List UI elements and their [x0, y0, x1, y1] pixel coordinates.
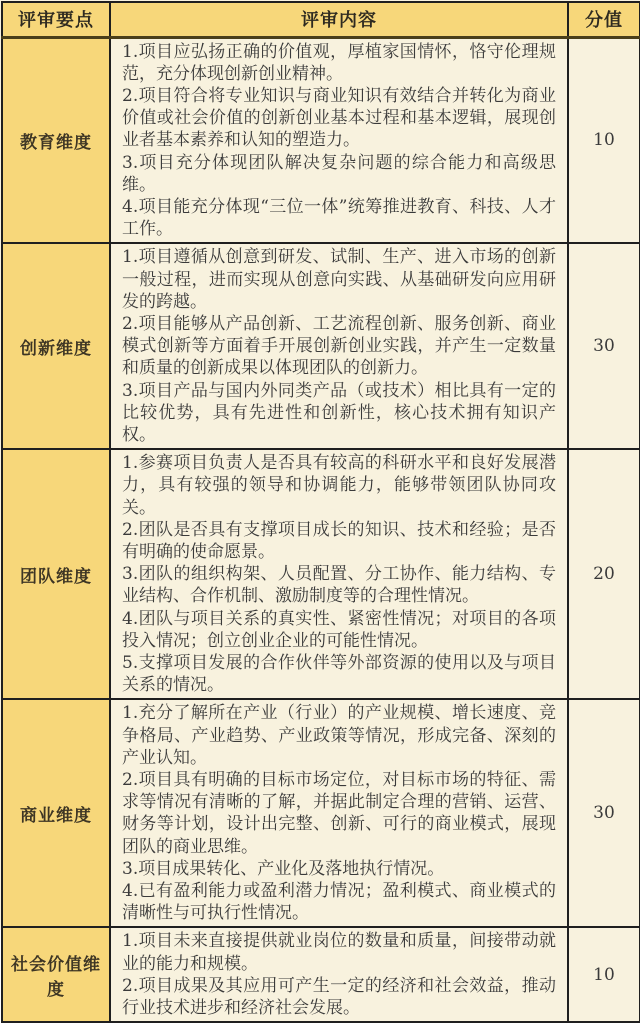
score-cell: 10 — [568, 37, 640, 243]
criteria-item: 1.项目遵循从创意到研发、试制、生产、进入市场的创新一般过程，进而实现从创意向实… — [122, 246, 556, 313]
score-cell: 10 — [568, 927, 640, 1022]
table-row: 教育维度1.项目应弘扬正确的价值观，厚植家国情怀，恪守伦理规范，充分体现创新创业… — [2, 37, 640, 243]
criteria-item: 4.项目能充分体现“三位一体”统筹推进教育、科技、人才工作。 — [122, 196, 556, 240]
dimension-cell: 团队维度 — [2, 449, 110, 699]
dimension-cell: 创新维度 — [2, 243, 110, 449]
header-review-content: 评审内容 — [110, 2, 568, 37]
page: 评审要点 评审内容 分值 教育维度1.项目应弘扬正确的价值观，厚植家国情怀，恪守… — [0, 0, 640, 930]
criteria-item: 2.项目能够从产品创新、工艺流程创新、服务创新、商业模式创新等方面着手开展创新创… — [122, 313, 556, 380]
score-cell: 30 — [568, 243, 640, 449]
table-row: 商业维度1.充分了解所在产业（行业）的产业规模、增长速度、竞争格局、产业趋势、产… — [2, 699, 640, 927]
dimension-cell: 社会价值维度 — [2, 927, 110, 1022]
criteria-cell: 1.充分了解所在产业（行业）的产业规模、增长速度、竞争格局、产业趋势、产业政策等… — [110, 699, 568, 927]
criteria-item: 1.充分了解所在产业（行业）的产业规模、增长速度、竞争格局、产业趋势、产业政策等… — [122, 702, 556, 769]
criteria-item: 4.团队与项目关系的真实性、紧密性情况；对项目的各项投入情况；创立创业企业的可能… — [122, 608, 556, 652]
table-body: 教育维度1.项目应弘扬正确的价值观，厚植家国情怀，恪守伦理规范，充分体现创新创业… — [2, 37, 640, 1022]
criteria-item: 1.项目未来直接提供就业岗位的数量和质量，间接带动就业的能力和规模。 — [122, 930, 556, 974]
criteria-item: 1.项目应弘扬正确的价值观，厚植家国情怀，恪守伦理规范，充分体现创新创业精神。 — [122, 41, 556, 85]
header-review-points: 评审要点 — [2, 2, 110, 37]
criteria-item: 2.项目成果及其应用可产生一定的经济和社会效益，推动行业技术进步和经济社会发展。 — [122, 975, 556, 1019]
criteria-item: 3.项目充分体现团队解决复杂问题的综合能力和高级思维。 — [122, 152, 556, 196]
criteria-cell: 1.项目未来直接提供就业岗位的数量和质量，间接带动就业的能力和规模。2.项目成果… — [110, 927, 568, 1022]
table-row: 团队维度1.参赛项目负责人是否具有较高的科研水平和良好发展潜力，具有较强的领导和… — [2, 449, 640, 699]
table-header-row: 评审要点 评审内容 分值 — [2, 2, 640, 37]
table-row: 社会价值维度1.项目未来直接提供就业岗位的数量和质量，间接带动就业的能力和规模。… — [2, 927, 640, 1022]
header-score: 分值 — [568, 2, 640, 37]
dimension-cell: 教育维度 — [2, 37, 110, 243]
criteria-item: 4.已有盈利能力或盈利潜力情况；盈利模式、商业模式的清晰性与可执行性情况。 — [122, 880, 556, 924]
criteria-item: 2.团队是否具有支撑项目成长的知识、技术和经验；是否有明确的使命愿景。 — [122, 519, 556, 563]
score-cell: 20 — [568, 449, 640, 699]
criteria-item: 5.支撑项目发展的合作伙伴等外部资源的使用以及与项目关系的情况。 — [122, 652, 556, 696]
criteria-item: 3.团队的组织构架、人员配置、分工协作、能力结构、专业结构、合作机制、激励制度等… — [122, 563, 556, 607]
criteria-item: 3.项目产品与国内外同类产品（或技术）相比具有一定的比较优势，具有先进性和创新性… — [122, 380, 556, 447]
criteria-item: 2.项目符合将专业知识与商业知识有效结合并转化为商业价值或社会价值的创新创业基本… — [122, 85, 556, 152]
criteria-item: 1.参赛项目负责人是否具有较高的科研水平和良好发展潜力，具有较强的领导和协调能力… — [122, 452, 556, 519]
score-cell: 30 — [568, 699, 640, 927]
dimension-cell: 商业维度 — [2, 699, 110, 927]
criteria-cell: 1.项目应弘扬正确的价值观，厚植家国情怀，恪守伦理规范，充分体现创新创业精神。2… — [110, 37, 568, 243]
criteria-item: 2.项目具有明确的目标市场定位，对目标市场的特征、需求等情况有清晰的了解，并据此… — [122, 769, 556, 858]
criteria-cell: 1.项目遵循从创意到研发、试制、生产、进入市场的创新一般过程，进而实现从创意向实… — [110, 243, 568, 449]
criteria-item: 3.项目成果转化、产业化及落地执行情况。 — [122, 858, 556, 880]
criteria-table: 评审要点 评审内容 分值 教育维度1.项目应弘扬正确的价值观，厚植家国情怀，恪守… — [1, 1, 640, 1023]
criteria-cell: 1.参赛项目负责人是否具有较高的科研水平和良好发展潜力，具有较强的领导和协调能力… — [110, 449, 568, 699]
table-row: 创新维度1.项目遵循从创意到研发、试制、生产、进入市场的创新一般过程，进而实现从… — [2, 243, 640, 449]
